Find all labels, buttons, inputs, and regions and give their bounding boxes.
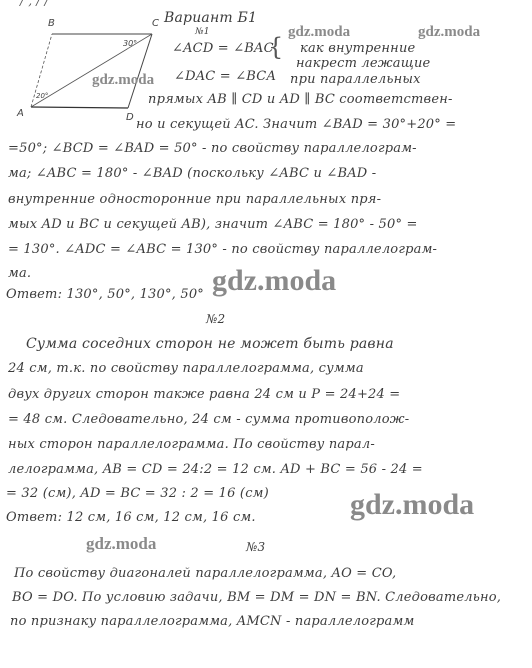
task1-line: прямых AB ∥ CD и AD ∥ BC соответствен- [148,92,453,107]
task1-line: мых AD и BC и секущей AB), значит ∠ABC =… [8,217,418,232]
brace-note-line: как внутренние [300,41,415,56]
task1-line: ма; ∠ABC = 180° - ∠BAD (поскольку ∠ABC и… [8,166,376,181]
vertex-b-label: B [48,18,55,29]
task1-line: ма. [8,266,31,281]
task2-line: 24 см, т.к. по свойству параллелограмма,… [8,361,364,376]
task2-answer: Ответ: 12 см, 16 см, 12 см, 16 см. [6,510,256,525]
task1-line: ∠DAC = ∠BCA [174,69,276,84]
task1-line: ∠ACD = ∠BAC [172,41,274,56]
variant-title: Вариант Б1 [164,10,257,26]
watermark: gdz.moda [288,24,350,41]
task1-answer: Ответ: 130°, 50°, 130°, 50° [6,287,204,302]
task1-line: внутренние односторонние при параллельны… [8,192,381,207]
angle-label-top: 30° [123,39,137,48]
task3-line: По свойству диагоналей параллелограмма, … [14,566,396,581]
watermark: gdz.moda [86,534,156,554]
brace-note-line: накрест лежащие [296,56,430,71]
task2-line: = 48 см. Следовательно, 24 см - сумма пр… [8,412,409,427]
vertex-c-label: C [152,18,159,29]
task1-number: №1 [195,27,210,37]
angle-label-bottom: 20° [36,92,48,100]
task2-line: лелограмма, AB = CD = 24:2 = 12 см. AD +… [8,462,423,477]
brace-note-line: при параллельных [290,72,421,87]
task2-line: ных сторон параллелограмма. По свойству … [8,437,375,452]
watermark: gdz.moda [418,24,480,41]
task1-line: но и секущей AC. Значит ∠BAD = 30°+20° = [136,117,456,132]
task1-line: =50°; ∠BCD = ∠BAD = 50° - по свойству па… [8,141,417,156]
watermark: gdz.moda [350,488,474,522]
side-ad [31,107,128,108]
task2-number: №2 [206,312,225,326]
task1-line: = 130°. ∠ADC = ∠ABC = 130° - по свойству… [8,242,437,257]
watermark: gdz.moda [92,72,154,89]
vertex-d-label: D [126,112,134,123]
task2-line: Сумма соседних сторон не может быть равн… [26,336,394,352]
task3-line: по признаку параллелограмма, AMCN - пара… [10,614,414,629]
watermark: gdz.moda [212,264,336,298]
task3-number: №3 [246,540,265,554]
brace: { [268,33,283,61]
task2-line: = 32 (см), AD = BC = 32 : 2 = 16 (см) [6,486,269,501]
task3-line: BO = DO. По условию задачи, BM = DM = DN… [12,590,501,605]
vertex-a-label: A [16,108,24,119]
task2-line: двух других сторон также равна 24 см и P… [8,387,400,402]
